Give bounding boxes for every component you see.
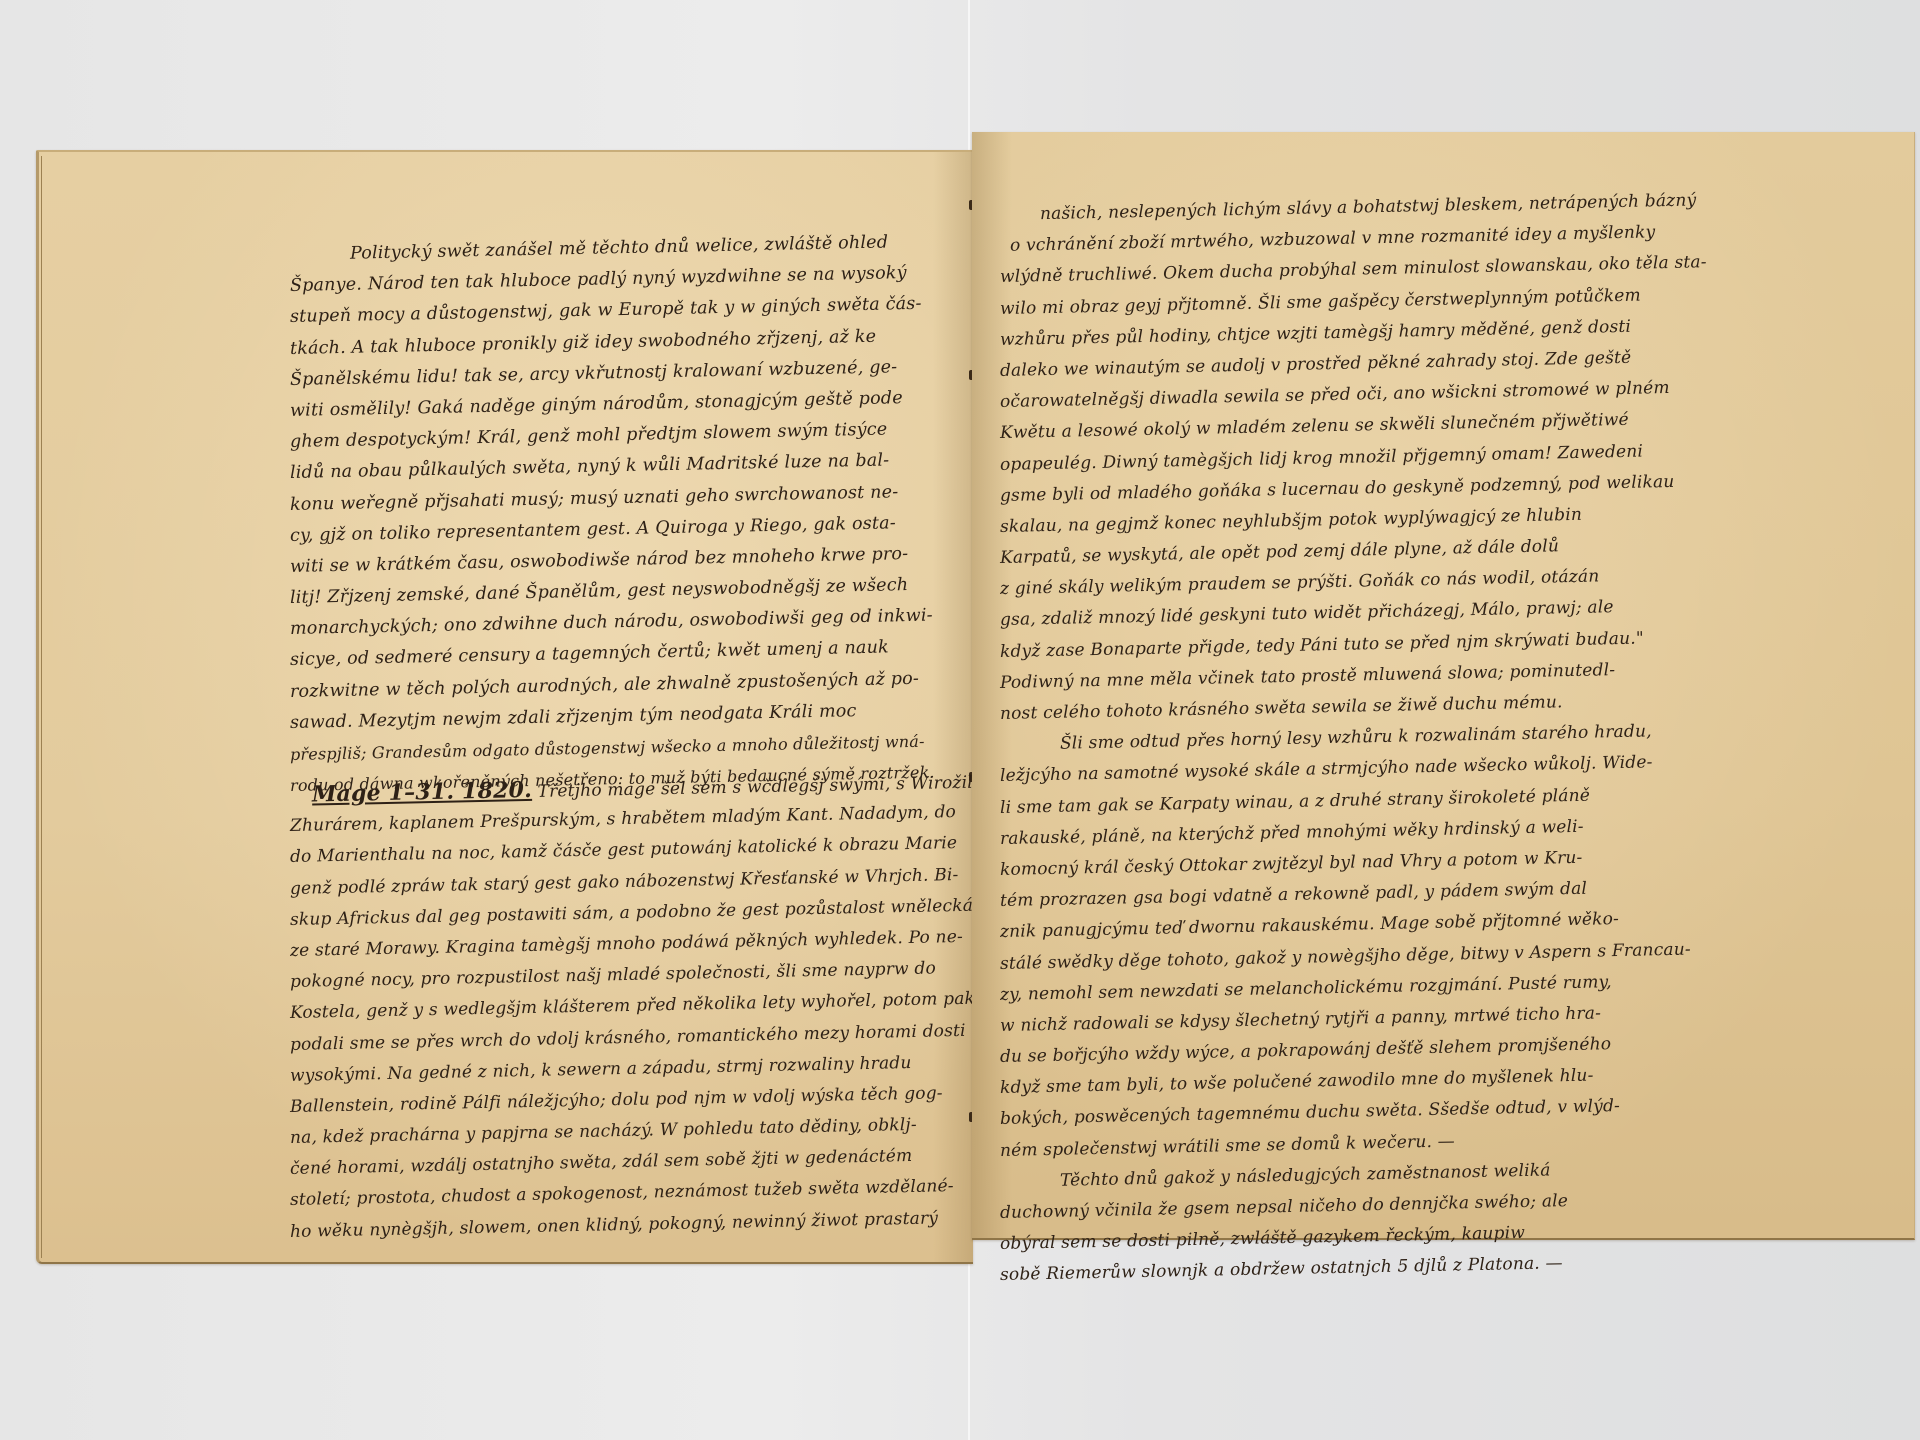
left-page-paragraph-1: Politycký swět zanášel mě těchto dnů wel… xyxy=(290,240,935,801)
entry-date-heading: Mage 1–31. 1820. xyxy=(312,777,532,808)
left-page-entry: Mage 1–31. 1820. Třetjho mage šel sem s … xyxy=(290,780,1005,1248)
right-page-paragraph-1: našich, neslepených lichým slávy a bohat… xyxy=(1000,200,1707,1292)
